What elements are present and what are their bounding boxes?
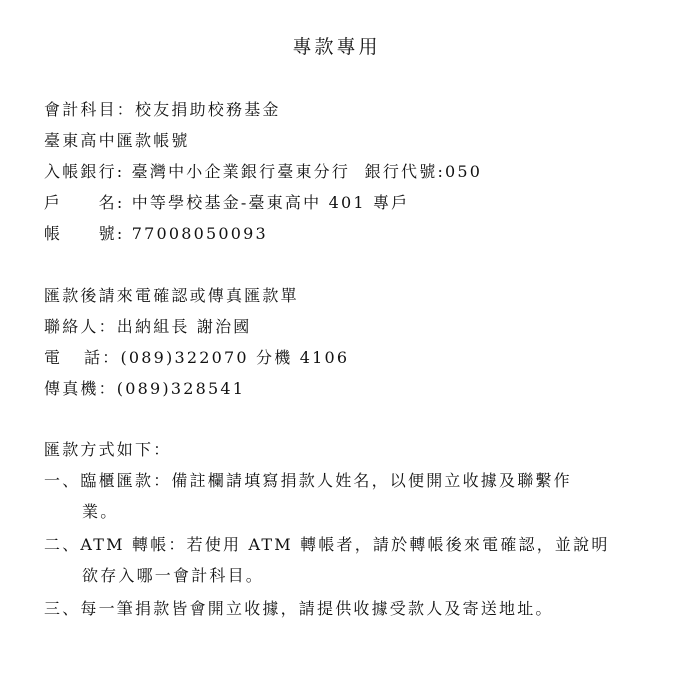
method-item-2: 二、ATM 轉帳：若使用 ATM 轉帳者，請於轉帳後來電確認，並說明 [44, 535, 610, 555]
accounting-subject: 會計科目：校友捐助校務基金 [44, 100, 281, 120]
confirm-instruction: 匯款後請來電確認或傳真匯款單 [44, 286, 299, 306]
remittance-account-heading: 臺東高中匯款帳號 [44, 131, 190, 151]
method-item-2-continued: 欲存入哪一會計科目。 [82, 566, 264, 586]
contact-person: 聯絡人：出納組長 謝治國 [44, 317, 252, 337]
methods-heading: 匯款方式如下： [44, 440, 171, 460]
account-holder-line: 戶 名: 中等學校基金-臺東高中 401 專戶 [44, 193, 409, 213]
method-item-1-continued: 業。 [82, 502, 118, 522]
document-page: 專款專用 會計科目：校友捐助校務基金 臺東高中匯款帳號 入帳銀行: 臺灣中小企業… [0, 0, 673, 683]
page-title: 專款專用 [0, 32, 673, 59]
fax-line: 傳真機：(089)328541 [44, 379, 245, 399]
method-item-3: 三、每一筆捐款皆會開立收據，請提供收據受款人及寄送地址。 [44, 599, 554, 619]
bank-line: 入帳銀行: 臺灣中小企業銀行臺東分行 銀行代號:050 [44, 162, 482, 182]
method-item-1: 一、臨櫃匯款：備註欄請填寫捐款人姓名，以便開立收據及聯繫作 [44, 471, 572, 491]
phone-line: 電 話：(089)322070 分機 4106 [44, 348, 349, 368]
account-number-line: 帳 號: 77008050093 [44, 224, 268, 244]
